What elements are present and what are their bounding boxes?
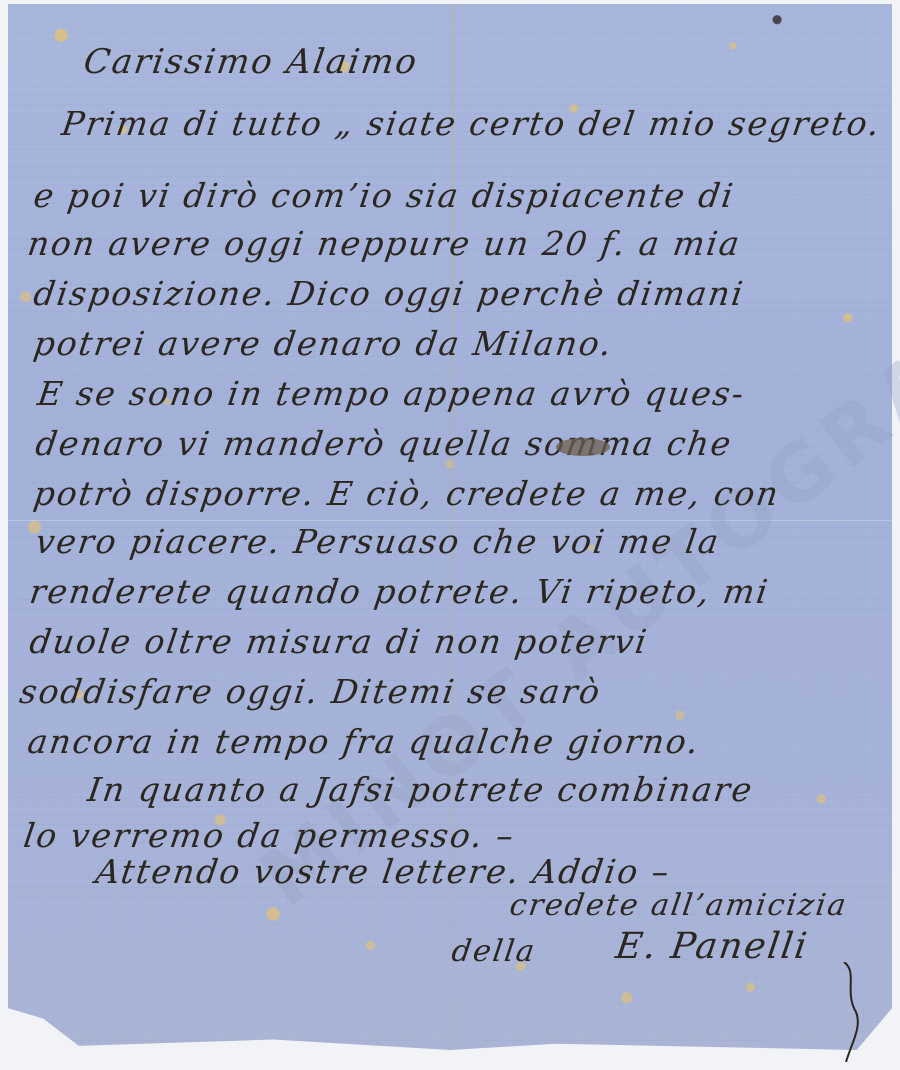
letter-line-7: denaro vi manderò quella somma che [33,424,735,463]
letter-line-6: E se sono in tempo appena avrò ques- [35,374,748,413]
letter-line-9: vero piacere. Persuaso che voi me la [33,522,722,561]
ink-blot [556,438,610,456]
signature: E. Panelli [613,926,811,967]
letter-line-1: Prima di tutto „ siate certo del mio seg… [59,104,883,143]
letter-line-8: potrò disporre. E ciò, credete a me, con [31,474,782,513]
letter-line-10: renderete quando potrete. Vi ripeto, mi [27,572,772,611]
letter-line-12: soddisfare oggi. Ditemi se sarò [17,672,604,711]
letter-line-2: e poi vi dirò com’io sia dispiacente di [31,176,737,215]
letter-closing: credete all’amicizia [508,888,850,923]
letter-line-5: potrei avere denaro da Milano. [31,324,615,363]
letter-salutation: Carissimo Alaimo [81,42,421,82]
letter-line-13: ancora in tempo fra qualche giorno. [25,722,702,761]
letter-line-16: Attendo vostre lettere. Addio – [93,852,673,891]
letter-line-11: duole oltre misura di non potervi [27,622,651,661]
letter-line-3: non avere oggi neppure un 20 f. a mia [25,224,743,263]
signature-flourish [842,962,862,1062]
letter-line-14: In quanto a Jafsi potrete combinare [85,770,756,809]
letter-line-15: lo verremo da permesso. – [21,816,517,855]
letter-line-4: disposizione. Dico oggi perchè dimani [31,274,747,313]
line-1-text: Prima di tutto „ siate certo del mio seg… [59,104,883,143]
signature-prefix: della [450,934,539,969]
horizontal-fold-crease [8,520,892,521]
